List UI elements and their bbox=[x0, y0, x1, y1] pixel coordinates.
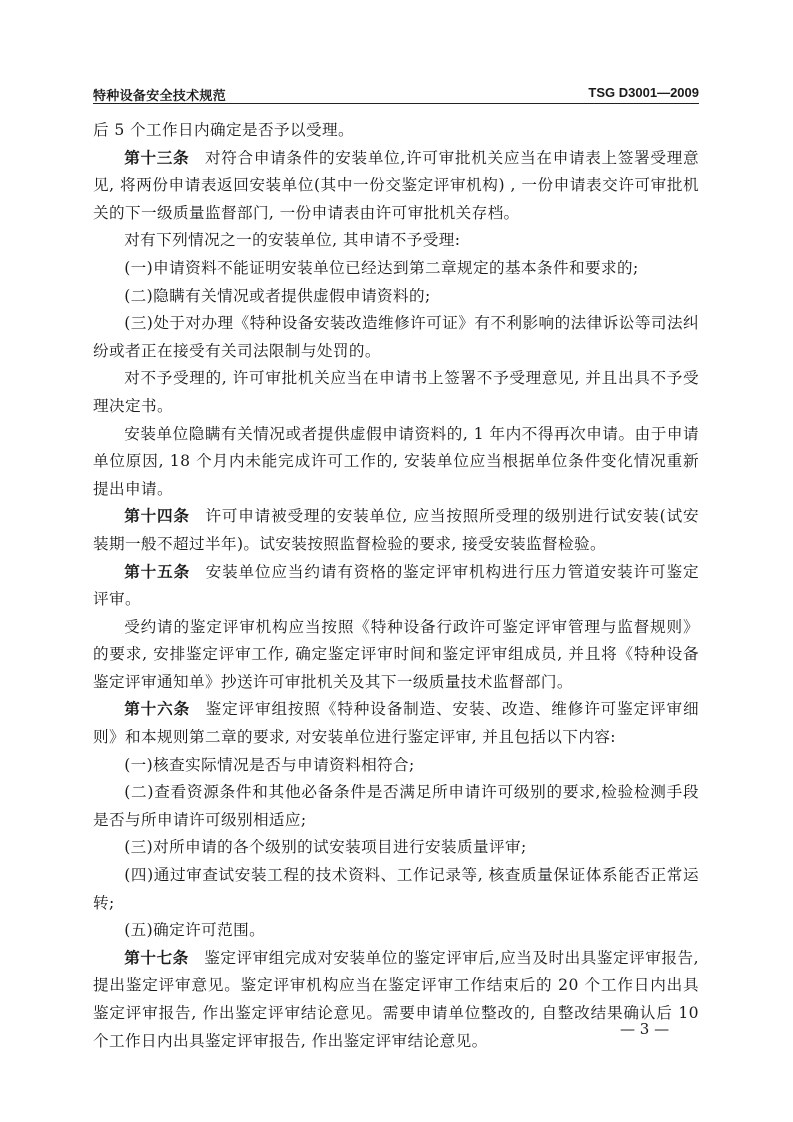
paragraph-text: 对有下列情况之一的安装单位, 其申请不予受理: bbox=[124, 231, 460, 249]
article-number: 第十七条 bbox=[124, 949, 189, 967]
page-header: 特种设备安全技术规范 TSG D3001—2009 bbox=[93, 84, 699, 104]
paragraph-text: 对不予受理的, 许可审批机关应当在申请书上签署不予受理意见, 并且出具不予受理决… bbox=[93, 369, 699, 415]
paragraph-text: (三)处于对办理《特种设备安装改造维修许可证》有不利影响的法律诉讼等司法纠纷或者… bbox=[93, 314, 699, 360]
paragraph: (三)处于对办理《特种设备安装改造维修许可证》有不利影响的法律诉讼等司法纠纷或者… bbox=[93, 310, 699, 365]
paragraph-text: (四)通过审查试安装工程的技术资料、工作记录等, 核查质量保证体系能否正常运转; bbox=[93, 866, 699, 912]
paragraph-text: (二)查看资源条件和其他必备条件是否满足所申请许可级别的要求,检验检测手段是否与… bbox=[93, 783, 699, 829]
paragraph-text: 受约请的鉴定评审机构应当按照《特种设备行政许可鉴定评审管理与监督规则》的要求, … bbox=[93, 618, 699, 691]
article-number: 第十四条 bbox=[124, 507, 190, 525]
article-paragraph: 第十六条鉴定评审组按照《特种设备制造、安装、改造、维修许可鉴定评审细则》和本规则… bbox=[93, 696, 699, 751]
paragraph-text: 后 5 个工作日内确定是否予以受理。 bbox=[93, 121, 354, 139]
paragraph: (二)查看资源条件和其他必备条件是否满足所申请许可级别的要求,检验检测手段是否与… bbox=[93, 779, 699, 834]
paragraph: (一)申请资料不能证明安装单位已经达到第二章规定的基本条件和要求的; bbox=[93, 255, 699, 283]
article-paragraph: 第十四条许可申请被受理的安装单位, 应当按照所受理的级别进行试安装(试安装期一般… bbox=[93, 503, 699, 558]
paragraph: (三)对所申请的各个级别的试安装项目进行安装质量评审; bbox=[93, 834, 699, 862]
paragraph-text: (一)核查实际情况是否与申请资料相符合; bbox=[124, 756, 415, 774]
article-paragraph: 第十三条对符合申请条件的安装单位,许可审批机关应当在申请表上签署受理意见, 将两… bbox=[93, 145, 699, 228]
article-number: 第十六条 bbox=[124, 700, 190, 718]
header-standard-code: TSG D3001—2009 bbox=[588, 85, 699, 100]
paragraph: 对不予受理的, 许可审批机关应当在申请书上签署不予受理意见, 并且出具不予受理决… bbox=[93, 365, 699, 420]
paragraph: 后 5 个工作日内确定是否予以受理。 bbox=[93, 117, 699, 145]
paragraph: (二)隐瞒有关情况或者提供虚假申请资料的; bbox=[93, 283, 699, 311]
paragraph-text: (一)申请资料不能证明安装单位已经达到第二章规定的基本条件和要求的; bbox=[124, 259, 638, 277]
paragraph-text: (二)隐瞒有关情况或者提供虚假申请资料的; bbox=[124, 287, 431, 305]
paragraph: (四)通过审查试安装工程的技术资料、工作记录等, 核查质量保证体系能否正常运转; bbox=[93, 862, 699, 917]
paragraph: (五)确定许可范围。 bbox=[93, 917, 699, 945]
page-number: — 3 — bbox=[620, 1020, 669, 1038]
paragraph: 安装单位隐瞒有关情况或者提供虚假申请资料的, 1 年内不得再次申请。由于申请单位… bbox=[93, 421, 699, 504]
paragraph: (一)核查实际情况是否与申请资料相符合; bbox=[93, 752, 699, 780]
paragraph: 对有下列情况之一的安装单位, 其申请不予受理: bbox=[93, 227, 699, 255]
paragraph-text: (三)对所申请的各个级别的试安装项目进行安装质量评审; bbox=[124, 838, 526, 856]
paragraph-text: 安装单位隐瞒有关情况或者提供虚假申请资料的, 1 年内不得再次申请。由于申请单位… bbox=[93, 425, 699, 498]
paragraph: 受约请的鉴定评审机构应当按照《特种设备行政许可鉴定评审管理与监督规则》的要求, … bbox=[93, 614, 699, 697]
paragraph-text: (五)确定许可范围。 bbox=[124, 921, 265, 939]
article-paragraph: 第十七条鉴定评审组完成对安装单位的鉴定评审后,应当及时出具鉴定评审报告, 提出鉴… bbox=[93, 945, 699, 1055]
article-number: 第十五条 bbox=[124, 563, 190, 581]
article-paragraph: 第十五条安装单位应当约请有资格的鉴定评审机构进行压力管道安装许可鉴定评审。 bbox=[93, 559, 699, 614]
article-number: 第十三条 bbox=[124, 149, 189, 167]
document-body: 后 5 个工作日内确定是否予以受理。第十三条对符合申请条件的安装单位,许可审批机… bbox=[93, 117, 699, 1055]
header-title: 特种设备安全技术规范 bbox=[93, 85, 226, 104]
